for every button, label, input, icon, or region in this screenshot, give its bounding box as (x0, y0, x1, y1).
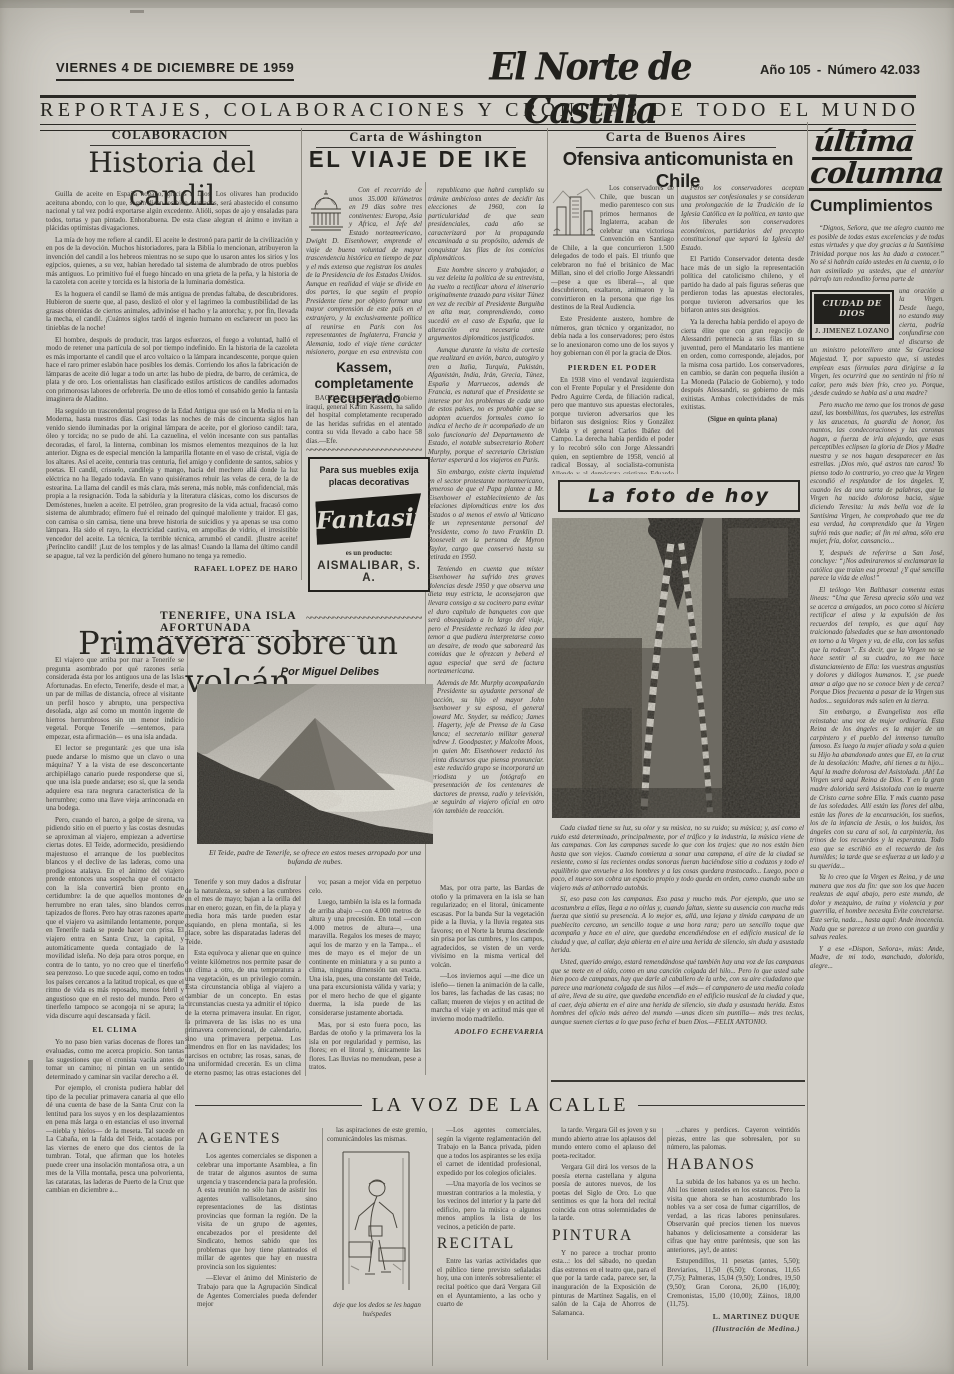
paragraph: Vergara Gil dirá los versos de la poesía… (552, 1163, 656, 1223)
porter-cartoon (327, 1146, 425, 1296)
voz-col3-text: —Los agentes comerciales, según la vigen… (437, 1126, 541, 1231)
voz-col2-text: las aspiraciones de este gremio, comunic… (327, 1126, 427, 1143)
section-band-title: REPORTAJES, COLABORACIONES Y CRONICAS DE… (40, 99, 916, 122)
voz-col4-text: la tarde. Vergara Gil es joven y su mund… (552, 1126, 656, 1223)
squiggle-rule: ~~~~~~~~~~~~~~~~~~~~~~~~~~~~~~~~ (306, 448, 422, 455)
paragraph: EL CLIMA (46, 1025, 184, 1034)
paragraph: Por ejemplo, el cronista pudiera hablar … (46, 1084, 184, 1195)
voz-col-habanos: ...chares y perdices. Cayeron veintidós … (667, 1126, 800, 1366)
paragraph: Teniendo en cuenta que míster Eisenhower… (428, 565, 544, 676)
paragraph: las aspiraciones de este gremio, comunic… (327, 1126, 427, 1143)
scan-artifact (130, 10, 144, 13)
paragraph: BAGDAD, 3.—El jefe del Gobierno iraquí, … (306, 394, 422, 445)
issue-number: Número 42.033 (827, 62, 920, 77)
candil-signature: RAFAEL LOPEZ DE HARO (46, 564, 298, 573)
paragraph: Pero mucho me temo que los tronos de gas… (810, 401, 944, 546)
rule-left (195, 1105, 362, 1107)
teide-photo (197, 684, 433, 844)
paragraph: vo; pasan a mejor vida en perpetuo celo. (309, 878, 421, 895)
cumplimientos-head: Cumplimientos (810, 196, 944, 216)
candil-body: Guilla de aceite en España hogaño, graci… (46, 190, 298, 562)
paragraph: Yo no paso bien varias docenas de flores… (46, 1038, 184, 1081)
column-rule (677, 182, 678, 474)
paragraph: Y, después de referirse a San José, conc… (810, 549, 944, 583)
paragraph: Ha seguido un trascendental progreso de … (46, 407, 298, 561)
paragraph: Sin embargo, existe cierta inquietud en … (428, 468, 544, 562)
teide-photo-caption: El Teide, padre de Tenerife, se ofrece e… (197, 848, 433, 867)
recital-head: RECITAL (437, 1235, 541, 1253)
bells-photo (552, 518, 800, 818)
paragraph: En 1938 vino el vendaval izquierdista co… (551, 376, 674, 474)
voz-col-recital: —Los agentes comerciales, según la vigen… (437, 1126, 541, 1366)
logo-line-2: columna (809, 160, 945, 192)
fantasit-logo: Fantasit (315, 494, 423, 546)
paragraph: Cada ciudad tiene su luz, su olor y su m… (551, 824, 804, 892)
paragraph: Ya lo creo que la Virgen es Reina, y de … (810, 873, 944, 941)
agentes-head: AGENTES (197, 1130, 317, 1148)
paragraph: L. MARTINEZ DUQUE (667, 1312, 800, 1321)
paragraph: El viajero que arriba por mar a Tenerife… (46, 656, 184, 741)
kassem-body: BAGDAD, 3.—El jefe del Gobierno iraquí, … (306, 394, 422, 450)
ad-company: AISMALIBAR, S. A. (314, 560, 424, 584)
paragraph: la tarde. Vergara Gil es joven y su mund… (552, 1126, 656, 1160)
chile-column-2: Pero los conservadores aceptan augustos … (681, 184, 804, 474)
teide-left-column: El viajero que arriba por mar a Tenerife… (46, 656, 184, 1362)
paragraph: Y a ese «Dispon, Señora», mías: Ande, Ma… (810, 945, 944, 971)
paragraph: Tenerife y son muy dados a disfrutar de … (185, 878, 301, 946)
paragraph: PIERDEN EL PODER (551, 363, 674, 372)
ciudad-de-dios-banner: CIUDAD DE DIOS (814, 294, 890, 325)
paragraph: ...chares y perdices. Cayeron veintidós … (667, 1126, 800, 1152)
paragraph: Y no parece a trochar pronto esta...: lo… (552, 1249, 656, 1317)
paragraph: —Elevar el ánimo del Ministerio de Traba… (197, 1274, 317, 1308)
ciudad-de-dios-ad: CIUDAD DE DIOS J. JIMENEZ LOZANO (810, 290, 894, 340)
paragraph: Sin embargo, a Evangelista nos ella rein… (810, 708, 944, 870)
paragraph: “Dignos, Señora, que me alegro cuanto me… (810, 224, 944, 284)
column-rule (322, 1128, 323, 1366)
paragraph: Mas, por otra parte, las Bardas de otoño… (431, 884, 544, 969)
ultima-column-text: “Dignos, Señora, que me alegro cuanto me… (810, 224, 944, 1364)
paragraph: Entre las varias actividades que el públ… (437, 1257, 541, 1308)
scan-artifact (28, 1060, 33, 1370)
section-rule (551, 1080, 805, 1082)
teide-under-column-c: Mas, por otra parte, las Bardas de otoño… (431, 884, 544, 1076)
paragraph: Además de Mr. Murphy acompañarán al Pres… (428, 679, 544, 816)
paragraph: Mas, por si esto fuera poco, las Bardas … (309, 1021, 421, 1072)
paragraph: La subida de los habanos ya es un hecho.… (667, 1178, 800, 1255)
paragraph: La mía de hoy me refiere al candil. El a… (46, 236, 298, 287)
newspaper-page: VIERNES 4 DE DICIEMBRE DE 1959 El Norte … (0, 0, 954, 1374)
chile-column-1: Los conservadores de Chile, que buscan u… (551, 184, 674, 474)
paragraph: Usted, querido amigo, estará remendándos… (551, 958, 804, 1026)
voz-col5-text: ...chares y perdices. Cayeron veintidós … (667, 1126, 800, 1152)
masthead-rule (40, 95, 916, 98)
pintura-head: PINTURA (552, 1227, 656, 1245)
issue-separator: - (817, 62, 821, 77)
pintura-text: Y no parece a trochar pronto esta...: lo… (552, 1249, 656, 1317)
paragraph: Sí, eso pasa con las campanas. Eso pasa … (551, 895, 804, 955)
voz-col-pintura: la tarde. Vergara Gil es joven y su mund… (552, 1126, 656, 1366)
column-rule (547, 128, 548, 1360)
ad-line-2: placas decorativas (314, 477, 424, 489)
logo-line-1: última (812, 128, 915, 160)
voz-section-title: LA VOZ DE LA CALLE (195, 1094, 805, 1117)
scan-artifact (0, 0, 954, 8)
column-rule (807, 122, 808, 1366)
paragraph: (Sigue en quinta plana) (681, 415, 804, 424)
ad-line-3: es un producto: (314, 549, 424, 557)
paragraph: El Partido Conservador detenta desde hac… (681, 255, 804, 315)
paragraph: Es la hoguera el candil se llamó de más … (46, 290, 298, 333)
voz-title-text: LA VOZ DE LA CALLE (372, 1094, 629, 1117)
chile-kicker: Carta de Buenos Aires (576, 130, 776, 148)
section-numeral: I (46, 642, 184, 652)
cartoon-caption: deje que los dedos se les hagan huéspede… (327, 1301, 427, 1318)
foto-caption: Cada ciudad tiene su luz, su olor y su m… (551, 824, 804, 1076)
column-rule (432, 1128, 433, 1366)
paragraph: Este hombre sincero y trabajador, a su v… (428, 266, 544, 343)
paragraph: Pero los conservadores aceptan augustos … (681, 184, 804, 252)
paragraph: Pero, cuando el barco, a golpe de sirena… (46, 816, 184, 1021)
paragraph: Luego, también la isla es la formada de … (309, 898, 421, 1017)
fantasit-ad: Para sus muebles exija placas decorativa… (308, 457, 430, 592)
agentes-text: Los agentes comerciales se disponen a ce… (197, 1152, 317, 1309)
paragraph: Los agentes comerciales se disponen a ce… (197, 1152, 317, 1271)
paragraph: —Una mayoría de los vecinos se muestran … (437, 1180, 541, 1231)
paragraph: Ya la derecha había perdido el apoyo de … (681, 318, 804, 412)
paragraph: El hombre, después de producir, tras lar… (46, 336, 298, 404)
column-rule (305, 876, 306, 1076)
masthead-issue: Año 105 - Número 42.033 (760, 62, 920, 77)
paragraph: Guilla de aceite en España hogaño, graci… (46, 190, 298, 233)
paragraph: ADOLFO ECHEVARRIA (431, 1027, 544, 1036)
column-rule (301, 128, 302, 580)
paragraph: (Sigue en quinta plana) (309, 1075, 421, 1076)
ciudad-de-dios-author: J. JIMENEZ LOZANO (814, 327, 890, 336)
paragraph: El lector se preguntará: ¿es que una isl… (46, 744, 184, 812)
ultima-columna-logo: última columna (809, 128, 948, 191)
paragraph: Este Presidente austero, hombre de númer… (551, 315, 674, 358)
paragraph: (Ilustración de Medina.) (667, 1324, 800, 1333)
masthead-date: VIERNES 4 DE DICIEMBRE DE 1959 (56, 60, 294, 81)
issue-year: Año 105 (760, 62, 811, 77)
habanos-text: La subida de los habanos ya es un hecho.… (667, 1178, 800, 1333)
paragraph: —Los agentes comerciales, según la vigen… (437, 1126, 541, 1177)
teide-under-column-b: vo; pasan a mejor vida en perpetuo celo.… (309, 878, 421, 1076)
ultima-paragraphs: una oración a la Virgen. Desde luego, no… (810, 287, 944, 970)
ike-headline: EL VIAJE DE IKE (304, 146, 534, 173)
rule-right (638, 1105, 805, 1107)
voz-col-agentes: AGENTES Los agentes comerciales se dispo… (197, 1126, 317, 1366)
teide-byline: Por Miguel Delibes (250, 666, 410, 678)
paragraph: republicano que habrá cumplido su trámit… (428, 186, 544, 263)
foto-de-hoy-title: La foto de hoy (558, 480, 800, 512)
teide-under-column-a: Tenerife y son muy dados a disfrutar de … (185, 878, 301, 1076)
paragraph: Aunque durante la visita de cortesía que… (428, 346, 544, 465)
paragraph: El teólogo Von Balthasar comenta estas l… (810, 586, 944, 705)
habanos-head: HABANOS (667, 1156, 800, 1174)
paragraph: Esta equívoca y alienar que en quince o … (185, 949, 301, 1076)
recital-text: Entre las varias actividades que el públ… (437, 1257, 541, 1308)
ike-column-2: republicano que habrá cumplido su trámit… (428, 186, 544, 876)
ad-line-1: Para sus muebles exija (314, 465, 424, 477)
column-rule (662, 1128, 663, 1366)
ike-intro-column: Con el recorrido de unos 35.000 kilómetr… (306, 186, 422, 356)
voz-col-cartoon: las aspiraciones de este gremio, comunic… (327, 1126, 427, 1366)
candil-kicker: COLABORACION (90, 128, 250, 146)
paragraph: —Los inviernos aquí —me dice un isleño— … (431, 972, 544, 1023)
paragraph: Estupendillos, 11 pesetas (antes, 5,50);… (667, 1257, 800, 1308)
capitol-icon (306, 187, 346, 233)
santiago-sketch-icon (551, 185, 597, 239)
